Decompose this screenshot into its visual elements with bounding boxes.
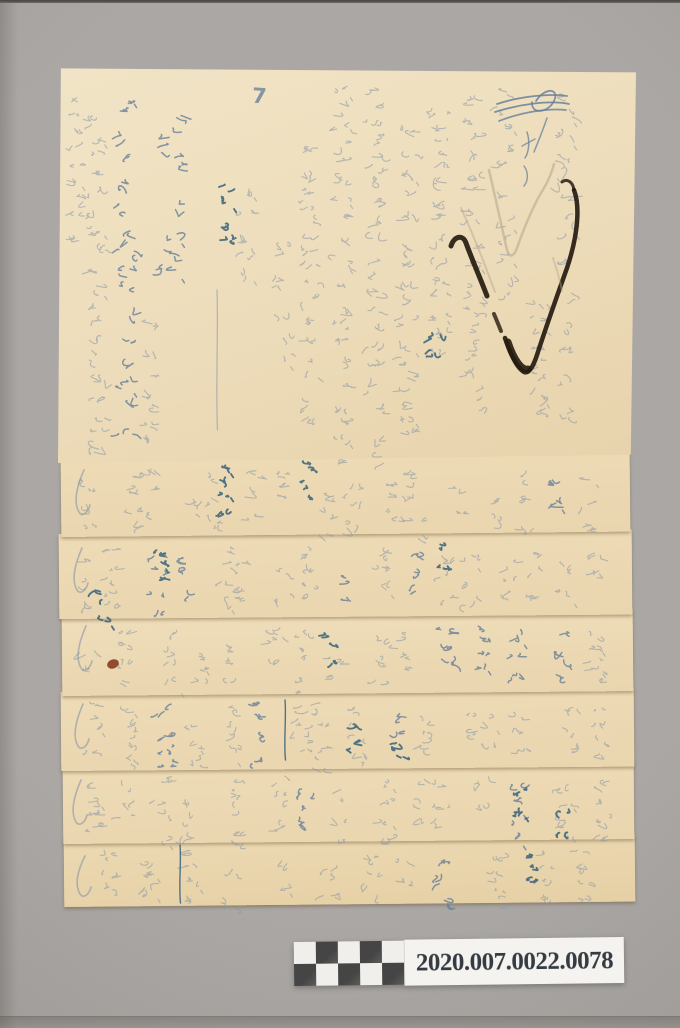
archival-label: 2020.007.0022.0078 — [404, 937, 625, 986]
checker-cell — [294, 942, 316, 964]
checker-cell — [294, 964, 316, 986]
checker-cell — [338, 963, 360, 985]
checker-cell — [316, 941, 338, 963]
manuscript-strip-sheet-3 — [62, 609, 634, 696]
archival-label-text: 2020.007.0022.0078 — [416, 947, 614, 977]
page-number: 7 — [251, 84, 267, 109]
checker-cell — [382, 963, 404, 985]
manuscript-strip-sheet-6 — [64, 835, 636, 907]
checker-cell — [316, 963, 338, 985]
photo-frame: 7 2020.007.0022.0078 — [0, 0, 680, 1028]
manuscript-strip-sheet-1 — [61, 451, 631, 537]
manuscript-strip-sheet-2 — [59, 530, 633, 619]
checker-cell — [360, 941, 382, 963]
calibration-checkerboard-icon — [294, 941, 405, 986]
checker-cell — [360, 963, 382, 985]
manuscript-stack: 7 — [0, 0, 680, 1028]
checker-cell — [382, 941, 404, 963]
photo-bottom-edge — [0, 1016, 680, 1028]
manuscript-strip-sheet-4 — [61, 688, 635, 771]
manuscript-strip-sheet-5 — [63, 761, 635, 844]
photo-scale-bar: 2020.007.0022.0078 — [294, 937, 625, 987]
manuscript-main-sheet — [58, 66, 636, 463]
checker-cell — [338, 941, 360, 963]
